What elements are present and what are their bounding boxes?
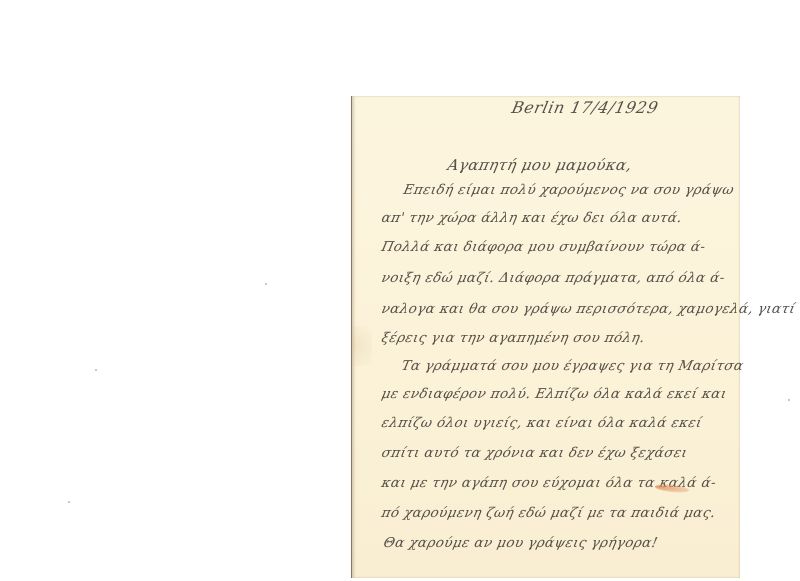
- body-line-3: Πολλά και διάφορα μου συμβαίνουν τώρα ά-: [380, 239, 707, 255]
- body-line-12: πό χαρούμενη ζωή εδώ μαζί με τα παιδιά μ…: [380, 505, 717, 521]
- body-line-2: απ' την χώρα άλλη και έχω δει όλα αυτά.: [380, 210, 684, 226]
- body-line-13: Θα χαρούμε αν μου γράψεις γρήγορα!: [382, 535, 659, 551]
- body-line-7: Τα γράμματά σου μου έγραψες για τη Μαρίτ…: [400, 358, 745, 374]
- letter-date: Berlin 17/4/1929: [510, 98, 660, 117]
- dust-speck: [68, 501, 70, 503]
- dust-speck: [788, 399, 790, 401]
- body-line-6: ξέρεις για την αγαπημένη σου πόλη.: [380, 330, 646, 346]
- paper-crease: [352, 326, 372, 366]
- letter-salutation: Αγαπητή μου μαμούκα,: [446, 156, 634, 174]
- body-line-10: σπίτι αυτό τα χρόνια και δεν έχω ξεχάσει: [380, 445, 689, 461]
- body-line-4: νοιξη εδώ μαζί. Διάφορα πράγματα, από όλ…: [380, 270, 727, 286]
- dust-speck: [95, 369, 97, 371]
- body-line-9: ελπίζω όλοι υγιείς, και είναι όλα καλά ε…: [380, 415, 703, 431]
- letter-paper: Berlin 17/4/1929 Αγαπητή μου μαμούκα, Επ…: [351, 96, 740, 578]
- scanned-page: Berlin 17/4/1929 Αγαπητή μου μαμούκα, Επ…: [0, 0, 800, 581]
- body-line-1: Επειδή είμαι πολύ χαρούμενος να σου γράψ…: [402, 182, 736, 198]
- body-line-5: ναλογα και θα σου γράψω περισσότερα, χαμ…: [380, 301, 797, 317]
- dust-speck: [265, 283, 267, 285]
- body-line-8: με ενδιαφέρον πολύ. Ελπίζω όλα καλά εκεί…: [380, 386, 728, 402]
